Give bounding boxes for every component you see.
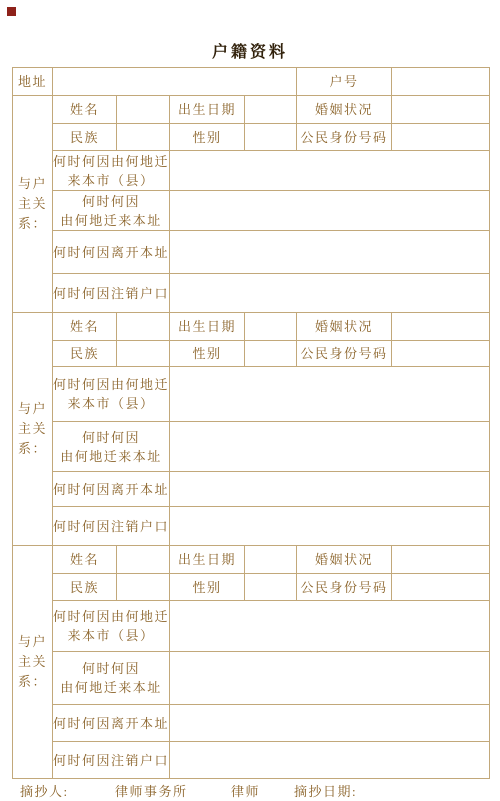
law-firm-label: 律师事务所	[115, 781, 188, 800]
left-address-label: 何时何因离开本址	[53, 705, 170, 742]
address-value-cell	[53, 68, 297, 96]
moved-to-address-label: 何时何因 由何地迁来本址	[53, 422, 170, 472]
household-registration-table: 地址 户号 与户主关系： 姓名 出生日期 婚姻状况 民族 性别 公民身份号码 何…	[12, 67, 490, 779]
page-title: 户籍资料	[0, 39, 500, 62]
citizen-id-label: 公民身份号码	[297, 341, 392, 367]
ethnicity-value-cell	[117, 124, 170, 151]
citizen-id-label: 公民身份号码	[297, 124, 392, 151]
household-no-label: 户号	[297, 68, 392, 96]
birth-date-value-cell	[245, 546, 297, 574]
footer-line: 摘抄人: 律师事务所 律师 摘抄日期:	[0, 781, 500, 799]
citizen-id-value-cell	[392, 124, 489, 151]
marital-status-value-cell	[392, 313, 489, 341]
gender-label: 性别	[170, 341, 245, 367]
person-section-2: 与户主关系： 姓名 出生日期 婚姻状况 民族 性别 公民身份号码 何时何因由何地…	[13, 313, 489, 546]
cancel-registration-value-cell	[170, 742, 489, 778]
marital-status-label: 婚姻状况	[297, 313, 392, 341]
birth-date-label: 出生日期	[170, 96, 245, 124]
marital-status-value-cell	[392, 546, 489, 574]
name-label: 姓名	[53, 96, 117, 124]
relation-to-head-label: 与户主关系：	[13, 96, 53, 313]
gender-label: 性别	[170, 574, 245, 601]
citizen-id-value-cell	[392, 341, 489, 367]
cancel-registration-value-cell	[170, 507, 489, 546]
ethnicity-label: 民族	[53, 574, 117, 601]
marital-status-label: 婚姻状况	[297, 546, 392, 574]
ethnicity-value-cell	[117, 574, 170, 601]
moved-to-address-value-cell	[170, 191, 489, 231]
moved-to-city-label: 何时何因由何地迁 来本市（县）	[53, 151, 170, 191]
copier-label: 摘抄人:	[20, 781, 69, 800]
name-label: 姓名	[53, 313, 117, 341]
name-label: 姓名	[53, 546, 117, 574]
cancel-registration-label: 何时何因注销户口	[53, 274, 170, 313]
address-label: 地址	[13, 68, 53, 96]
moved-to-city-label: 何时何因由何地迁 来本市（县）	[53, 367, 170, 422]
citizen-id-label: 公民身份号码	[297, 574, 392, 601]
household-no-value-cell	[392, 68, 489, 96]
left-address-value-cell	[170, 231, 489, 274]
lawyer-label: 律师	[231, 781, 260, 800]
relation-to-head-label: 与户主关系：	[13, 546, 53, 778]
left-address-value-cell	[170, 472, 489, 507]
gender-value-cell	[245, 341, 297, 367]
relation-to-head-label: 与户主关系：	[13, 313, 53, 546]
gender-value-cell	[245, 124, 297, 151]
marital-status-value-cell	[392, 96, 489, 124]
person-section-1: 与户主关系： 姓名 出生日期 婚姻状况 民族 性别 公民身份号码 何时何因由何地…	[13, 96, 489, 313]
copy-date-label: 摘抄日期:	[294, 781, 357, 800]
moved-to-address-label: 何时何因 由何地迁来本址	[53, 191, 170, 231]
red-corner-marker	[7, 7, 16, 16]
cancel-registration-label: 何时何因注销户口	[53, 507, 170, 546]
birth-date-label: 出生日期	[170, 313, 245, 341]
person-section-3: 与户主关系： 姓名 出生日期 婚姻状况 民族 性别 公民身份号码 何时何因由何地…	[13, 546, 489, 778]
gender-label: 性别	[170, 124, 245, 151]
name-value-cell	[117, 546, 170, 574]
name-value-cell	[117, 313, 170, 341]
name-value-cell	[117, 96, 170, 124]
birth-date-value-cell	[245, 313, 297, 341]
moved-to-city-value-cell	[170, 367, 489, 422]
ethnicity-label: 民族	[53, 341, 117, 367]
citizen-id-value-cell	[392, 574, 489, 601]
moved-to-address-value-cell	[170, 652, 489, 705]
cancel-registration-value-cell	[170, 274, 489, 313]
moved-to-address-label: 何时何因 由何地迁来本址	[53, 652, 170, 705]
left-address-value-cell	[170, 705, 489, 742]
ethnicity-label: 民族	[53, 124, 117, 151]
birth-date-value-cell	[245, 96, 297, 124]
address-row: 地址 户号	[13, 68, 489, 96]
birth-date-label: 出生日期	[170, 546, 245, 574]
left-address-label: 何时何因离开本址	[53, 231, 170, 274]
moved-to-city-label: 何时何因由何地迁 来本市（县）	[53, 601, 170, 652]
marital-status-label: 婚姻状况	[297, 96, 392, 124]
left-address-label: 何时何因离开本址	[53, 472, 170, 507]
moved-to-city-value-cell	[170, 601, 489, 652]
moved-to-address-value-cell	[170, 422, 489, 472]
cancel-registration-label: 何时何因注销户口	[53, 742, 170, 778]
ethnicity-value-cell	[117, 341, 170, 367]
gender-value-cell	[245, 574, 297, 601]
moved-to-city-value-cell	[170, 151, 489, 191]
